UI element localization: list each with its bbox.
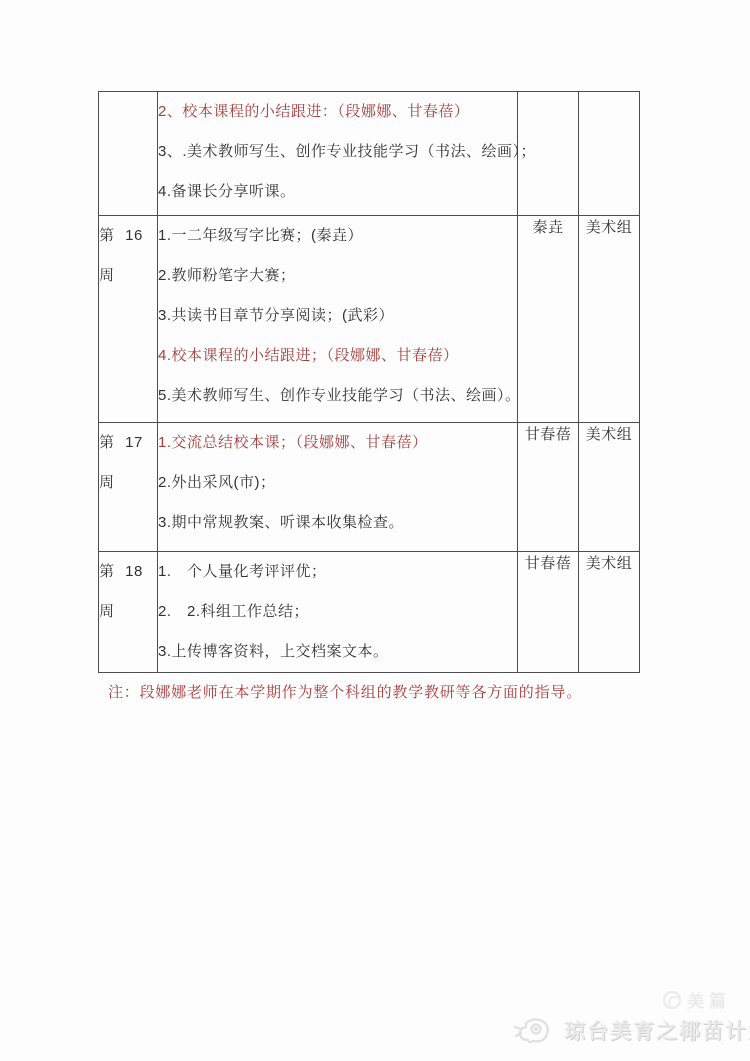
table-row: 第 16 周 1.一二年级写字比赛；(秦垚） 2.教师粉笔字大赛； 3.共读书目… <box>99 216 640 423</box>
tasks-cell: 1.一二年级写字比赛；(秦垚） 2.教师粉笔字大赛； 3.共读书目章节分享阅读；… <box>158 216 518 423</box>
week-label: 周 <box>99 592 157 632</box>
task-line: 3.期中常规教案、听课本收集检查。 <box>158 503 517 543</box>
week-label: 周 <box>99 463 157 503</box>
week-cell <box>99 92 158 216</box>
task-line: 2.教师粉笔字大赛； <box>158 256 517 296</box>
week-cell: 第 17 周 <box>99 423 158 552</box>
table-row: 第 17 周 1.交流总结校本课；（段娜娜、甘春蓓） 2.外出采风(市)； 3.… <box>99 423 640 552</box>
meipian-logo-icon <box>663 991 681 1009</box>
person-cell: 秦垚 <box>518 216 579 423</box>
table-row: 第 18 周 1. 个人量化考评评优； 2. 2.科组工作总结； 3.上传博客资… <box>99 552 640 673</box>
task-line: 2、校本课程的小结跟进：（段娜娜、甘春蓓） <box>158 92 517 132</box>
campaign-watermark-label: 琼台美育之椰苗计划 <box>564 1015 750 1045</box>
group-cell: 美术组 <box>579 552 640 673</box>
week-label: 周 <box>99 256 157 296</box>
task-line: 1. 个人量化考评评优； <box>158 552 517 592</box>
weekly-plan-table: 2、校本课程的小结跟进：（段娜娜、甘春蓓） 3、.美术教师写生、创作专业技能学习… <box>98 91 640 673</box>
document-page: 2、校本课程的小结跟进：（段娜娜、甘春蓓） 3、.美术教师写生、创作专业技能学习… <box>0 0 750 1061</box>
footnote: 注：段娜娜老师在本学期作为整个科组的教学教研等各方面的指导。 <box>108 683 582 702</box>
group-cell: 美术组 <box>579 216 640 423</box>
task-line: 4.备课长分享听课。 <box>158 172 517 212</box>
group-cell: 美术组 <box>579 423 640 552</box>
task-line: 3、.美术教师写生、创作专业技能学习（书法、绘画）； <box>158 132 517 172</box>
week-label: 第 16 <box>99 216 157 256</box>
table-row: 2、校本课程的小结跟进：（段娜娜、甘春蓓） 3、.美术教师写生、创作专业技能学习… <box>99 92 640 216</box>
week-cell: 第 18 周 <box>99 552 158 673</box>
campaign-watermark: 琼台美育之椰苗计划 <box>514 1014 750 1046</box>
meipian-watermark-label: 美篇 <box>687 987 731 1012</box>
task-line: 3.上传博客资料，上交档案文本。 <box>158 632 517 672</box>
chick-logo-icon <box>514 1014 556 1046</box>
week-cell: 第 16 周 <box>99 216 158 423</box>
week-label: 第 18 <box>99 552 157 592</box>
task-line: 2.外出采风(市)； <box>158 463 517 503</box>
task-line: 1.交流总结校本课；（段娜娜、甘春蓓） <box>158 423 517 463</box>
person-cell: 甘春蓓 <box>518 552 579 673</box>
tasks-cell: 1.交流总结校本课；（段娜娜、甘春蓓） 2.外出采风(市)； 3.期中常规教案、… <box>158 423 518 552</box>
week-label: 第 17 <box>99 423 157 463</box>
meipian-watermark: 美篇 <box>663 987 731 1012</box>
tasks-cell: 1. 个人量化考评评优； 2. 2.科组工作总结； 3.上传博客资料，上交档案文… <box>158 552 518 673</box>
task-line: 4.校本课程的小结跟进；（段娜娜、甘春蓓） <box>158 336 517 376</box>
tasks-cell: 2、校本课程的小结跟进：（段娜娜、甘春蓓） 3、.美术教师写生、创作专业技能学习… <box>158 92 518 216</box>
task-line: 3.共读书目章节分享阅读；(武彩） <box>158 296 517 336</box>
task-line: 1.一二年级写字比赛；(秦垚） <box>158 216 517 256</box>
task-line: 2. 2.科组工作总结； <box>158 592 517 632</box>
task-line: 5.美术教师写生、创作专业技能学习（书法、绘画）。 <box>158 376 517 416</box>
person-cell: 甘春蓓 <box>518 423 579 552</box>
group-cell <box>579 92 640 216</box>
